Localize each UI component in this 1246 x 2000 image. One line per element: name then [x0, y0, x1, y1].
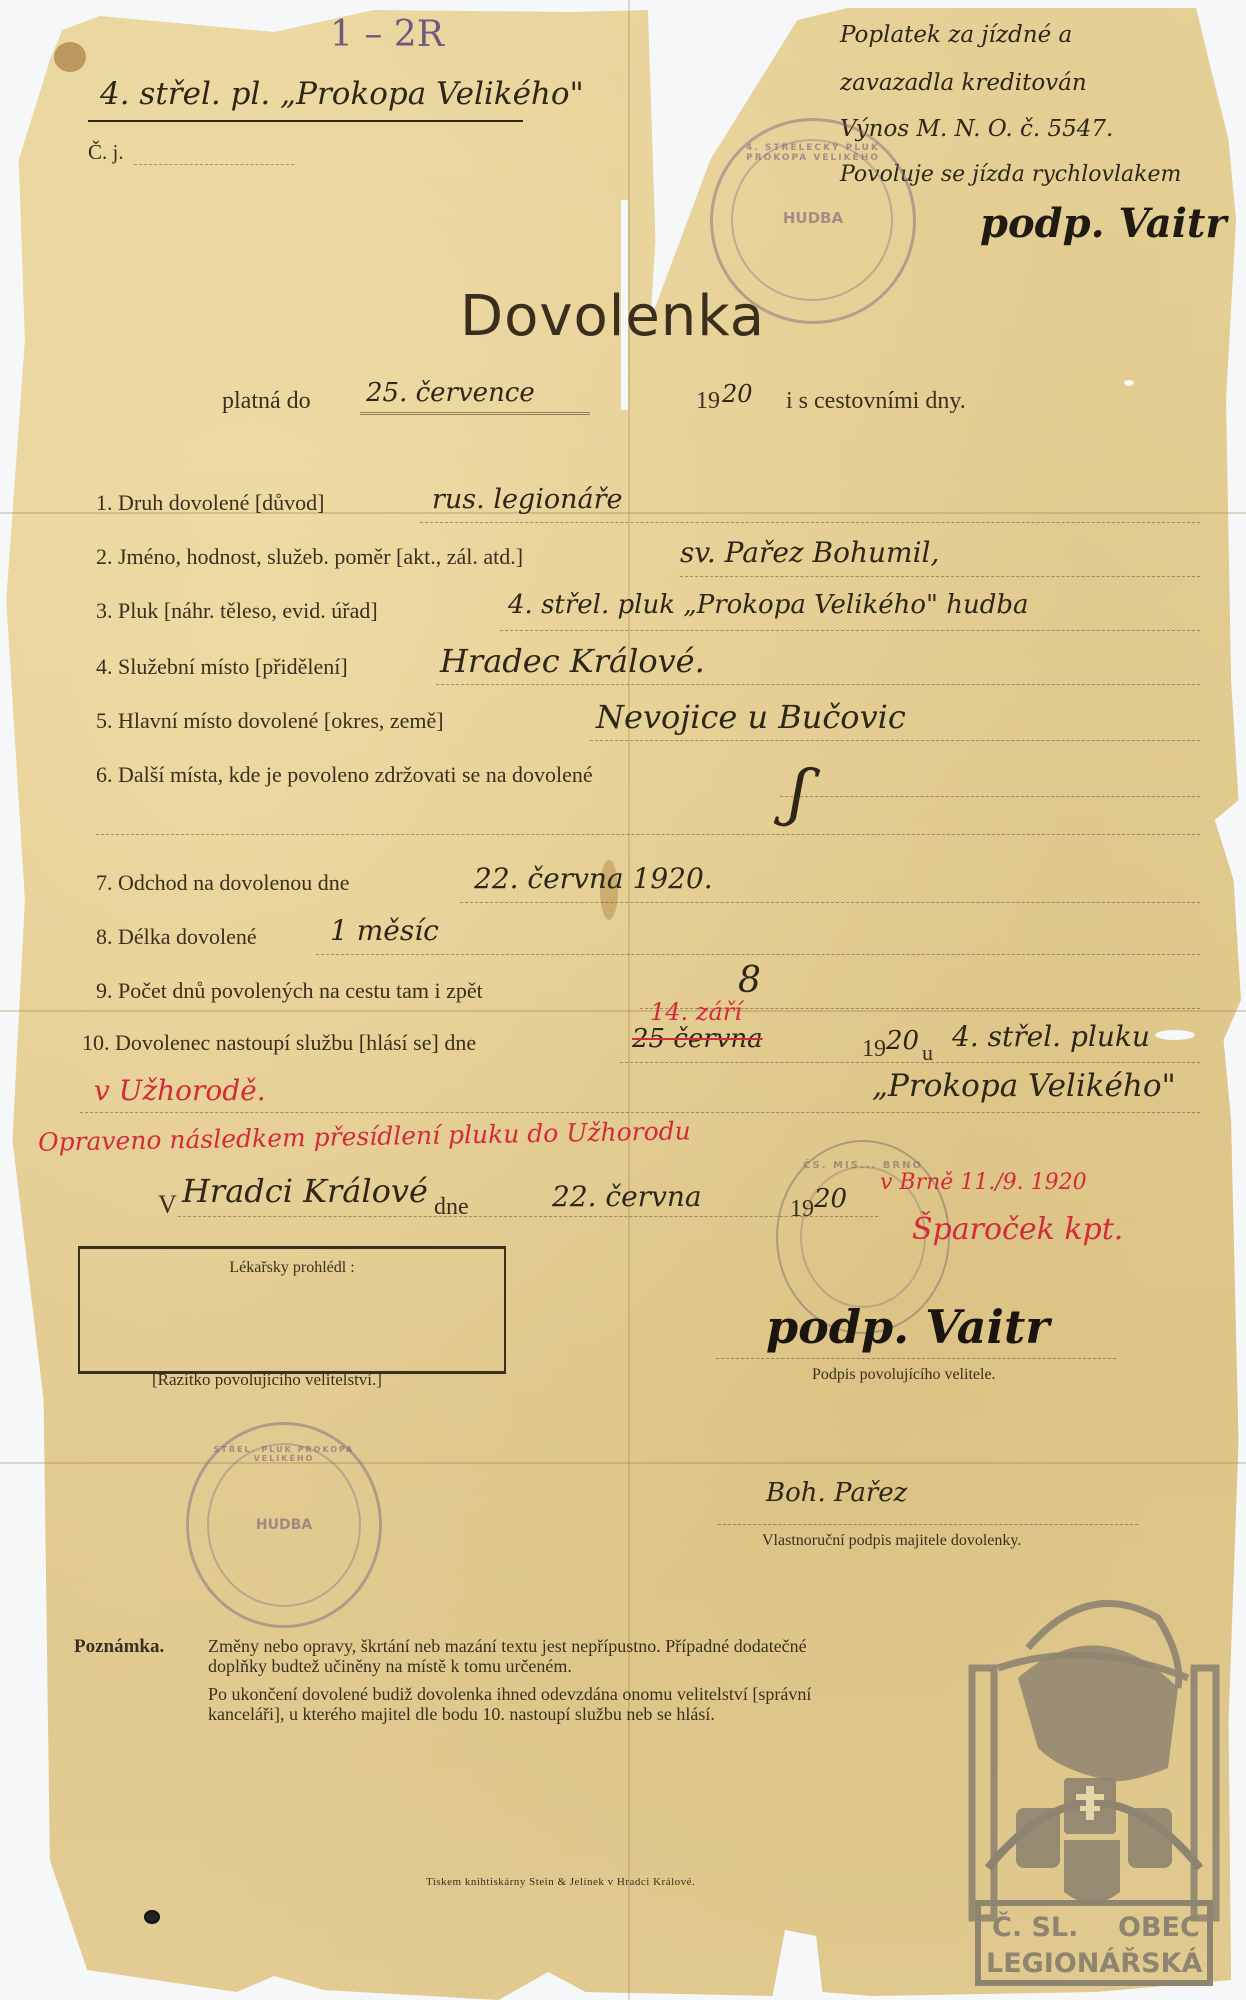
- tear-hole: [1155, 1030, 1195, 1040]
- stamp-caption: [Razítko povolujícího velitelství.]: [152, 1370, 382, 1390]
- unit-underline: [88, 120, 523, 122]
- ref-number-label: Č. j.: [88, 140, 124, 165]
- regiment-stamp-bottom: STŘEL. PLUK PROKOPA VELIKÉHO HUDBA: [186, 1422, 382, 1628]
- field-5-line: [590, 740, 1200, 741]
- validity-prefix: platná do: [222, 388, 311, 415]
- issued-year-print: 19: [790, 1196, 814, 1223]
- commander-caption: Podpis povolujícího velitele.: [812, 1366, 996, 1384]
- field-3-line: [500, 630, 1200, 631]
- field-1-label: 1. Druh dovolené [důvod]: [96, 490, 325, 516]
- remark-line-2: doplňky budtež učiněny na místě k tomu u…: [208, 1656, 572, 1677]
- fee-note-line-2: zavazadla kreditován: [840, 70, 1087, 96]
- remark-line-3: Po ukončení dovolené budiž dovolenka ihn…: [208, 1684, 811, 1705]
- printer-credit: Tiskem knihtiskárny Stein & Jelínek v Hr…: [426, 1876, 695, 1888]
- field-4-line: [436, 684, 1200, 685]
- field-2-label: 2. Jméno, hodnost, služeb. poměr [akt., …: [96, 544, 523, 570]
- field-6-line: [780, 796, 1200, 797]
- commander-signature-line: [716, 1358, 1116, 1359]
- field-2-value: sv. Pařez Bohumil,: [680, 536, 939, 569]
- fee-note-line-1: Poplatek za jízdné a: [840, 22, 1072, 48]
- field-9-label: 9. Počet dnů povolených na cestu tam i z…: [96, 978, 483, 1004]
- commander-signature: podp. Vaitr: [766, 1300, 1049, 1354]
- field-6-line-2: [96, 834, 1200, 835]
- field-5-label: 5. Hlavní místo dovolené [okres, země]: [96, 708, 444, 734]
- field-7-value: 22. června 1920.: [474, 862, 713, 895]
- issued-prefix: V: [158, 1190, 177, 1220]
- unit-header: 4. střel. pl. „Prokopa Velikého": [100, 76, 584, 112]
- remark-line-1: Změny nebo opravy, škrtání neb mazání te…: [208, 1636, 807, 1657]
- ref-number-line: [134, 164, 294, 165]
- field-3-value: 4. střel. pluk „Prokopa Velikého" hudba: [508, 590, 1029, 620]
- field-10-struck-value: 25 června: [632, 1024, 763, 1054]
- field-9-value: 8: [738, 960, 761, 1001]
- holder-signature: Boh. Pařez: [766, 1478, 907, 1508]
- field-8-label: 8. Délka dovolené: [96, 924, 257, 950]
- field-10-label: 10. Dovolenec nastoupí službu [hlásí se]…: [82, 1030, 476, 1056]
- validity-suffix: i s cestovními dny.: [786, 388, 966, 415]
- holder-caption: Vlastnoruční podpis majitele dovolenky.: [762, 1532, 1021, 1550]
- document-title: Dovolenka: [460, 284, 765, 349]
- field-4-value: Hradec Králové.: [440, 642, 705, 680]
- svg-text:OBEC: OBEC: [1118, 1912, 1200, 1943]
- field-10-correction-place: v Užhorodě.: [94, 1074, 266, 1107]
- issued-year-hand: 20: [814, 1184, 847, 1214]
- validity-year-hand: 20: [722, 380, 753, 408]
- field-10-year-print: 19: [862, 1036, 886, 1063]
- field-2-line: [680, 576, 1200, 577]
- field-10-line-2: [80, 1112, 1200, 1113]
- soldier-helmet-icon: Č. SL. OBEC LEGIONÁŘSKÁ: [968, 1568, 1220, 1988]
- legion-logo-watermark: Č. SL. OBEC LEGIONÁŘSKÁ: [968, 1568, 1220, 1988]
- medical-exam-box: Lékařsky prohlédl :: [78, 1246, 506, 1374]
- svg-text:LEGIONÁŘSKÁ: LEGIONÁŘSKÁ: [986, 1947, 1202, 1979]
- correction-signature: Šparoček kpt.: [912, 1212, 1123, 1247]
- field-5-value: Nevojice u Bučovic: [596, 698, 906, 736]
- tear-hole: [1124, 380, 1134, 386]
- validity-date-line: [360, 412, 590, 415]
- field-1-line: [420, 522, 1200, 523]
- field-8-line: [316, 954, 1200, 955]
- field-10-year-hand: 20: [886, 1026, 919, 1056]
- issued-place: Hradci Králové: [182, 1172, 428, 1210]
- field-10-correction: 14. září: [650, 998, 742, 1026]
- field-1-value: rus. legionáře: [432, 484, 622, 515]
- fold-horizontal: [0, 1010, 1246, 1012]
- fold-horizontal: [0, 1462, 1246, 1464]
- field-7-line: [460, 902, 1200, 903]
- reference-mark: 1 – 2R: [330, 14, 444, 55]
- fee-note-line-3: Výnos M. N. O. č. 5547.: [840, 116, 1113, 142]
- field-10-unit-line-2: „Prokopa Velikého": [872, 1068, 1176, 1104]
- field-10-line: [620, 1062, 1200, 1063]
- field-6-label: 6. Další místa, kde je povoleno zdržovat…: [96, 762, 593, 788]
- fee-note-signature: podp. Vaitr: [980, 200, 1226, 247]
- issued-line: [178, 1216, 878, 1217]
- medical-exam-label: Lékařsky prohlédl :: [80, 1259, 504, 1277]
- remark-line-4: kanceláři], u kterého majitel dle bodu 1…: [208, 1704, 715, 1725]
- svg-text:Č. SL.: Č. SL.: [992, 1911, 1078, 1943]
- remark-label: Poznámka.: [74, 1636, 164, 1658]
- correction-place-date: v Brně 11./9. 1920: [880, 1170, 1087, 1195]
- field-3-label: 3. Pluk [náhr. těleso, evid. úřad]: [96, 598, 378, 624]
- burn-hole: [144, 1910, 160, 1924]
- field-7-label: 7. Odchod na dovolenou dne: [96, 870, 350, 896]
- stain: [54, 42, 86, 72]
- field-8-value: 1 měsíc: [330, 914, 439, 947]
- validity-date: 25. července: [366, 378, 535, 408]
- issued-date: 22. června: [552, 1180, 702, 1213]
- field-4-label: 4. Služební místo [přidělení]: [96, 654, 348, 680]
- validity-year-print: 19: [696, 388, 720, 415]
- field-10-unit-line-1: 4. střel. pluku: [952, 1020, 1150, 1053]
- holder-signature-line: [718, 1524, 1138, 1525]
